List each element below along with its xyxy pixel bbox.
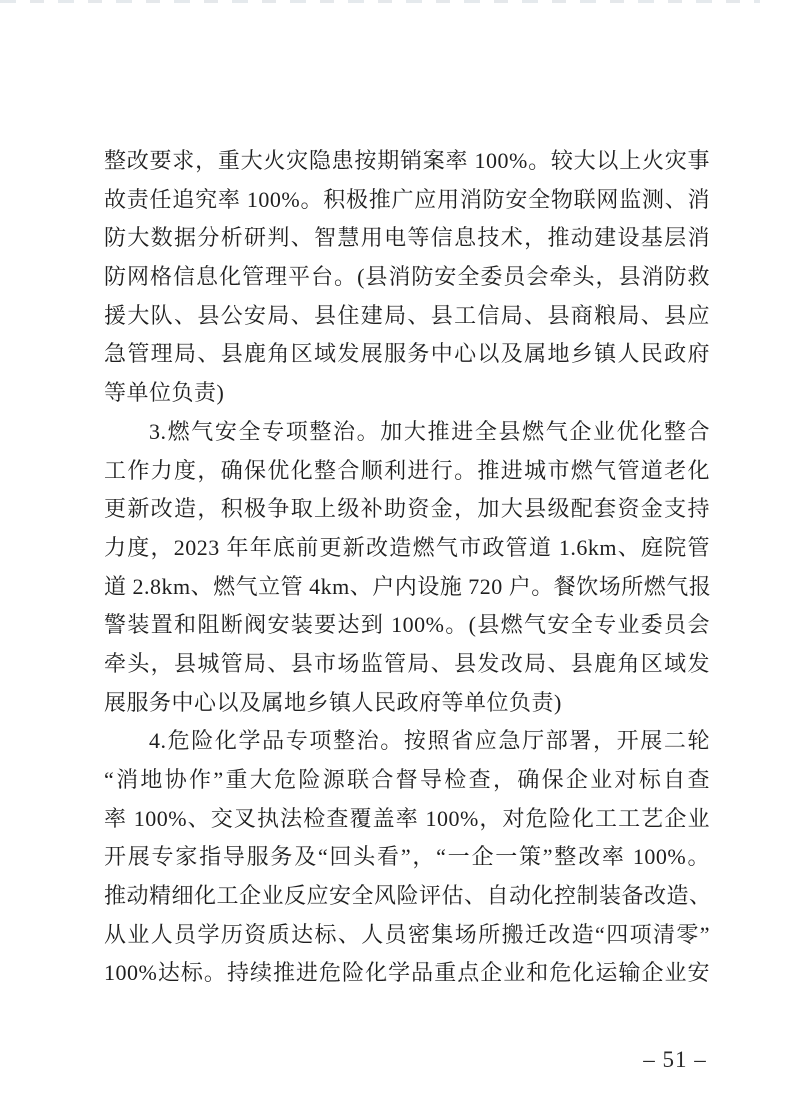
document-line: 推动精细化工企业反应安全风险评估、自动化控制装备改造、 (104, 877, 710, 916)
document-line: 援大队、县公安局、县住建局、县工信局、县商粮局、县应 (104, 297, 710, 336)
document-line: 3.燃气安全专项整治。加大推进全县燃气企业优化整合 (104, 413, 710, 452)
document-line: 展服务中心以及属地乡镇人民政府等单位负责) (104, 684, 710, 723)
document-line: 从业人员学历资质达标、人员密集场所搬迁改造“四项清零” (104, 916, 710, 955)
document-line: 防大数据分析研判、智慧用电等信息技术，推动建设基层消 (104, 219, 710, 258)
document-line: “消地协作”重大危险源联合督导检查，确保企业对标自查 (104, 761, 710, 800)
document-line: 牵头，县城管局、县市场监管局、县发改局、县鹿角区域发 (104, 645, 710, 684)
scan-artifact-top-edge (0, 0, 760, 3)
document-line: 4.危险化学品专项整治。按照省应急厅部署，开展二轮 (104, 722, 710, 761)
document-line: 急管理局、县鹿角区域发展服务中心以及属地乡镇人民政府 (104, 335, 710, 374)
page-number: – 51 – (640, 1046, 710, 1074)
document-line: 更新改造，积极争取上级补助资金，加大县级配套资金支持 (104, 490, 710, 529)
document-line: 防网格信息化管理平台。(县消防安全委员会牵头，县消防救 (104, 258, 710, 297)
document-line: 开展专家指导服务及“回头看”，“一企一策”整改率 100%。 (104, 838, 710, 877)
document-line: 率 100%、交叉执法检查覆盖率 100%，对危险化工工艺企业 (104, 800, 710, 839)
document-line: 等单位负责) (104, 374, 710, 413)
document-line: 工作力度，确保优化整合顺利进行。推进城市燃气管道老化 (104, 452, 710, 491)
document-line: 警装置和阻断阀安装要达到 100%。(县燃气安全专业委员会 (104, 606, 710, 645)
document-page: 整改要求，重大火灾隐患按期销案率 100%。较大以上火灾事 故责任追究率 100… (0, 0, 789, 1120)
document-line: 力度，2023 年年底前更新改造燃气市政管道 1.6km、庭院管 (104, 529, 710, 568)
document-line: 100%达标。持续推进危险化学品重点企业和危化运输企业安 (104, 954, 710, 993)
document-line: 道 2.8km、燃气立管 4km、户内设施 720 户。餐饮场所燃气报 (104, 568, 710, 607)
document-body: 整改要求，重大火灾隐患按期销案率 100%。较大以上火灾事 故责任追究率 100… (104, 142, 710, 993)
document-line: 整改要求，重大火灾隐患按期销案率 100%。较大以上火灾事 (104, 142, 710, 181)
document-line: 故责任追究率 100%。积极推广应用消防安全物联网监测、消 (104, 181, 710, 220)
